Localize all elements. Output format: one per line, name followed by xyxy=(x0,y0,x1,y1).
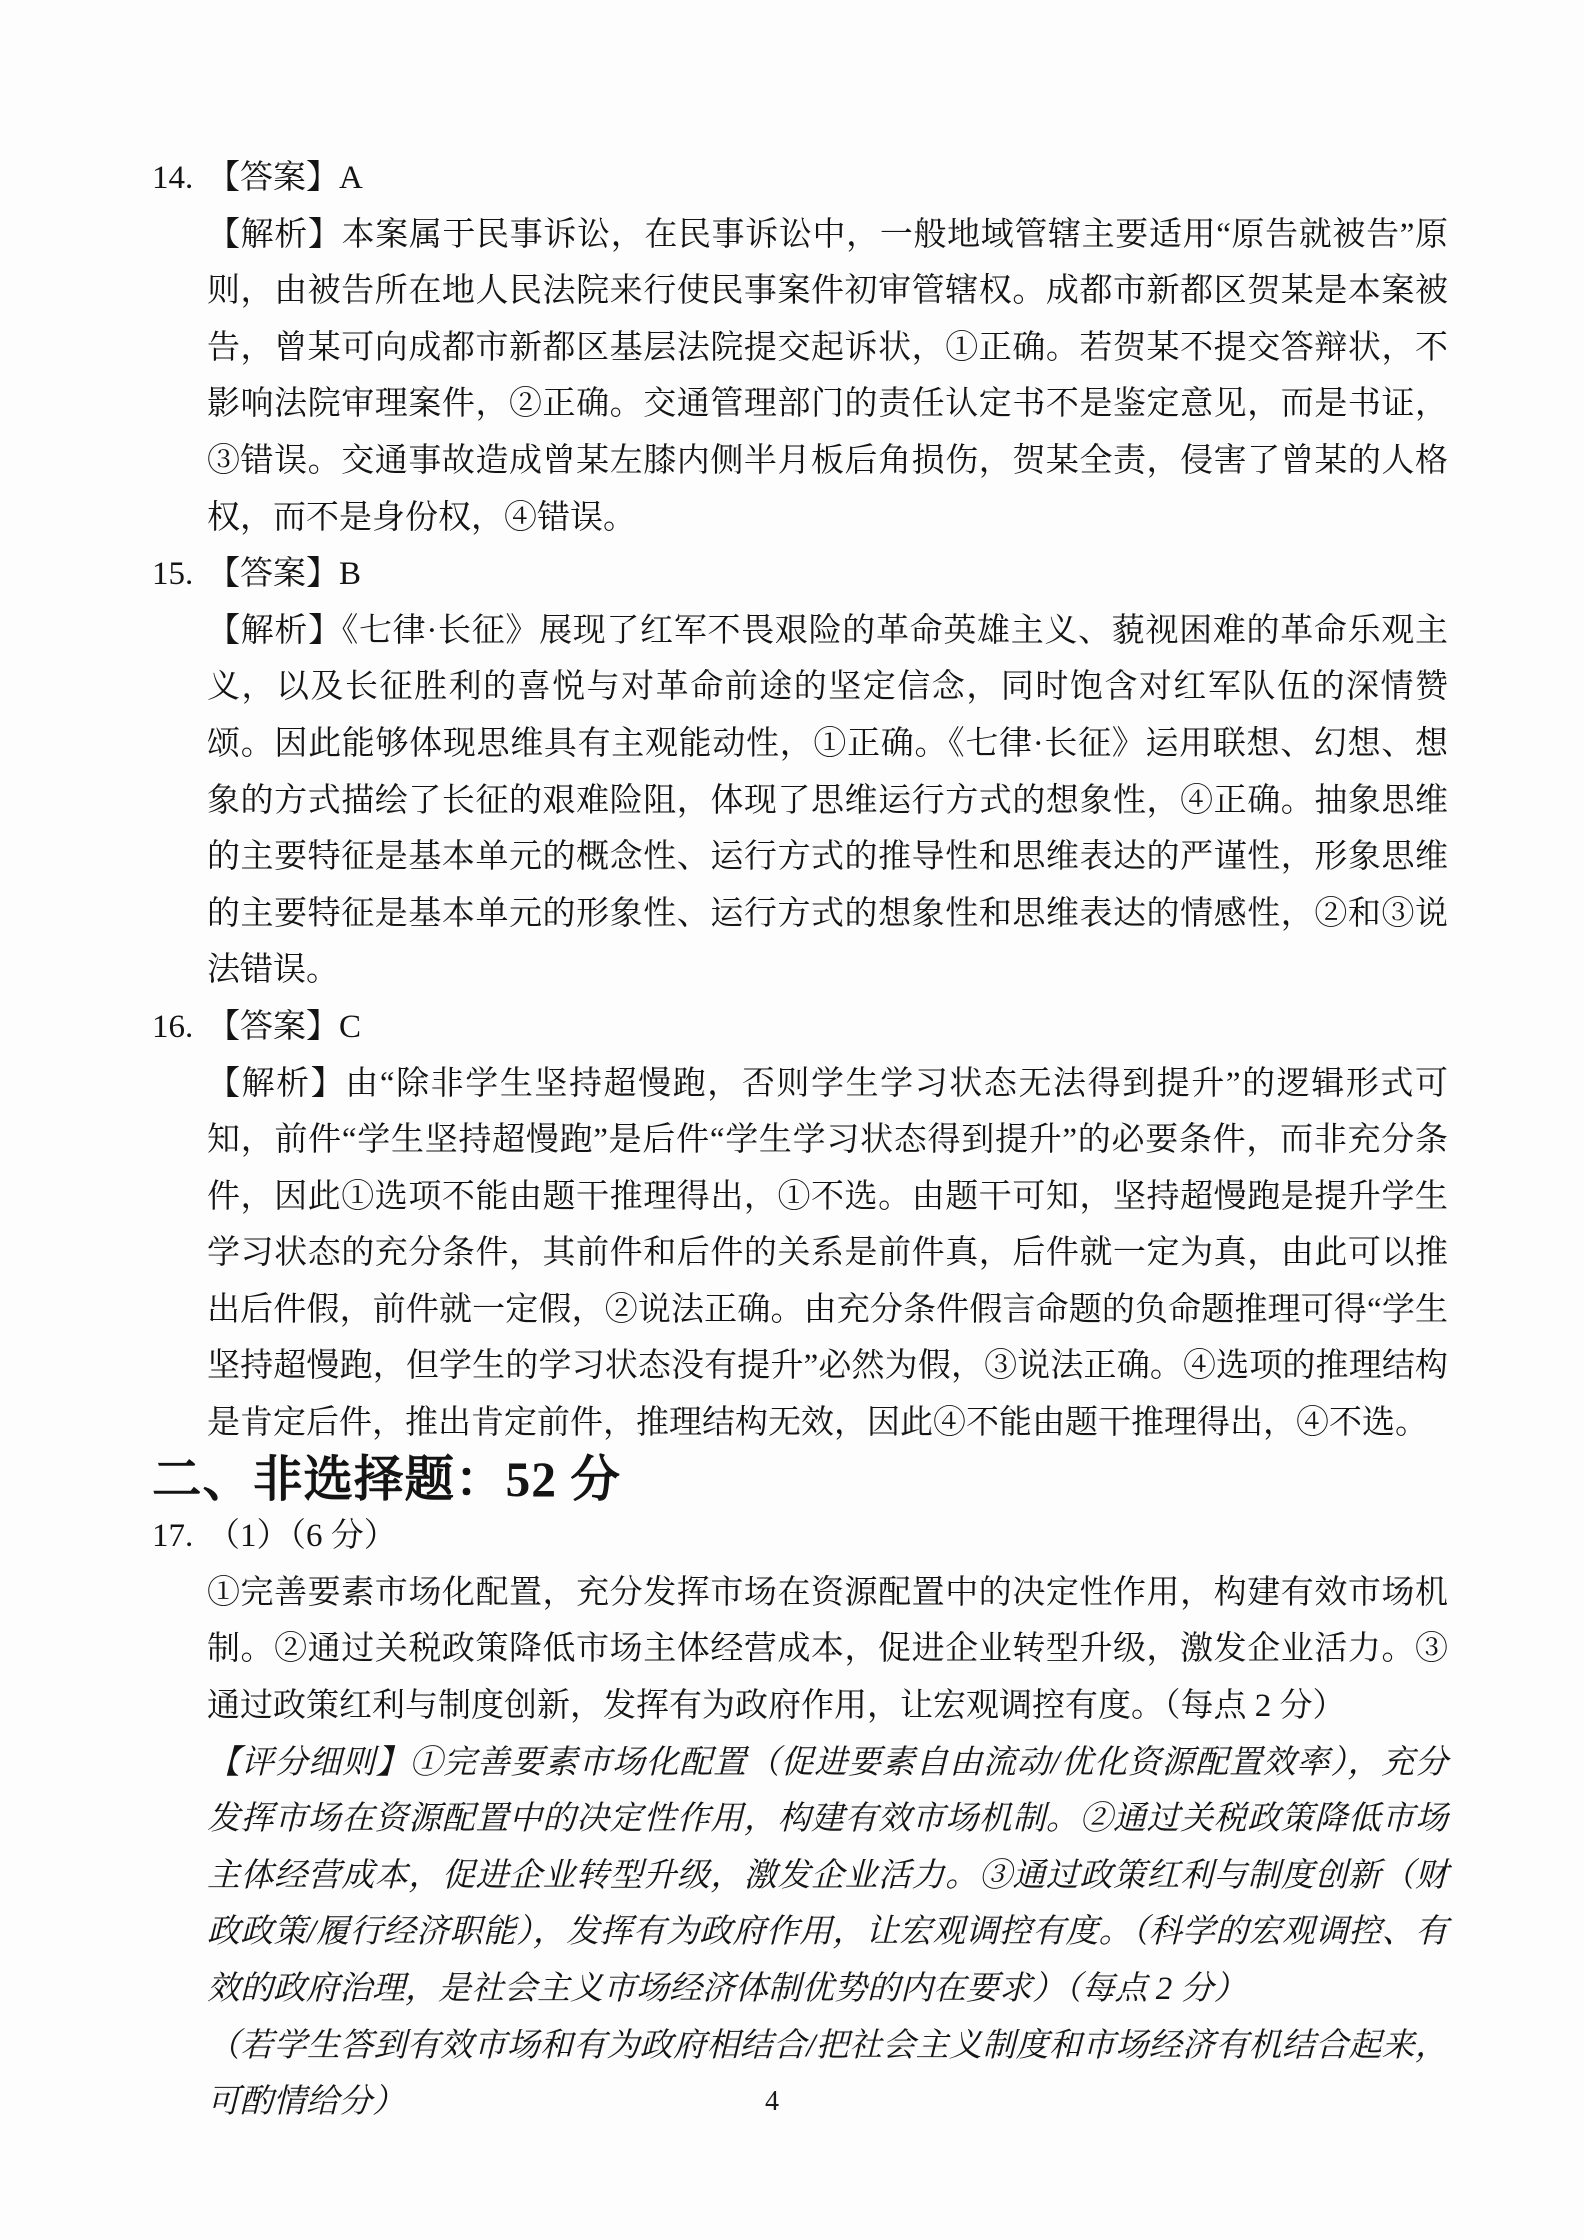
page-content: 14. 【答案】A 【解析】本案属于民事诉讼，在民事诉讼中，一般地域管辖主要适用… xyxy=(152,150,1448,2131)
question-number: 17. xyxy=(152,1508,193,1565)
answer-item-15: 15. 【答案】B 【解析】《七律·长征》展现了红军不畏艰险的革命英雄主义、藐视… xyxy=(152,546,1448,999)
analysis-paragraph: 【解析】由“除非学生坚持超慢跑，否则学生学习状态无法得到提升”的逻辑形式可知，前… xyxy=(207,1056,1448,1452)
rubric-paragraph: 【评分细则】①完善要素市场化配置（促进要素自由流动/优化资源配置效率），充分发挥… xyxy=(207,1735,1448,2018)
answer-item-16: 16. 【答案】C 【解析】由“除非学生坚持超慢跑，否则学生学习状态无法得到提升… xyxy=(152,999,1448,1452)
sub-question-label: （1）（6 分） xyxy=(207,1508,1448,1565)
analysis-paragraph: 【解析】《七律·长征》展现了红军不畏艰险的革命英雄主义、藐视困难的革命乐观主义，… xyxy=(207,603,1448,999)
page-number: 4 xyxy=(0,2082,1544,2122)
answer-label: 【答案】B xyxy=(207,546,1448,603)
question-number: 15. xyxy=(152,546,193,603)
analysis-paragraph: 【解析】本案属于民事诉讼，在民事诉讼中，一般地域管辖主要适用“原告就被告”原则，… xyxy=(207,207,1448,547)
question-number: 14. xyxy=(152,150,193,207)
document-page: 14. 【答案】A 【解析】本案属于民事诉讼，在民事诉讼中，一般地域管辖主要适用… xyxy=(0,0,1584,2240)
section-heading: 二、非选择题：52 分 xyxy=(152,1452,1448,1509)
answer-item-14: 14. 【答案】A 【解析】本案属于民事诉讼，在民事诉讼中，一般地域管辖主要适用… xyxy=(152,150,1448,546)
answer-paragraph: ①完善要素市场化配置，充分发挥市场在资源配置中的决定性作用，构建有效市场机制。②… xyxy=(207,1565,1448,1735)
answer-item-17: 17. （1）（6 分） ①完善要素市场化配置，充分发挥市场在资源配置中的决定性… xyxy=(152,1508,1448,2131)
answer-label: 【答案】A xyxy=(207,150,1448,207)
question-number: 16. xyxy=(152,999,193,1056)
answer-label: 【答案】C xyxy=(207,999,1448,1056)
